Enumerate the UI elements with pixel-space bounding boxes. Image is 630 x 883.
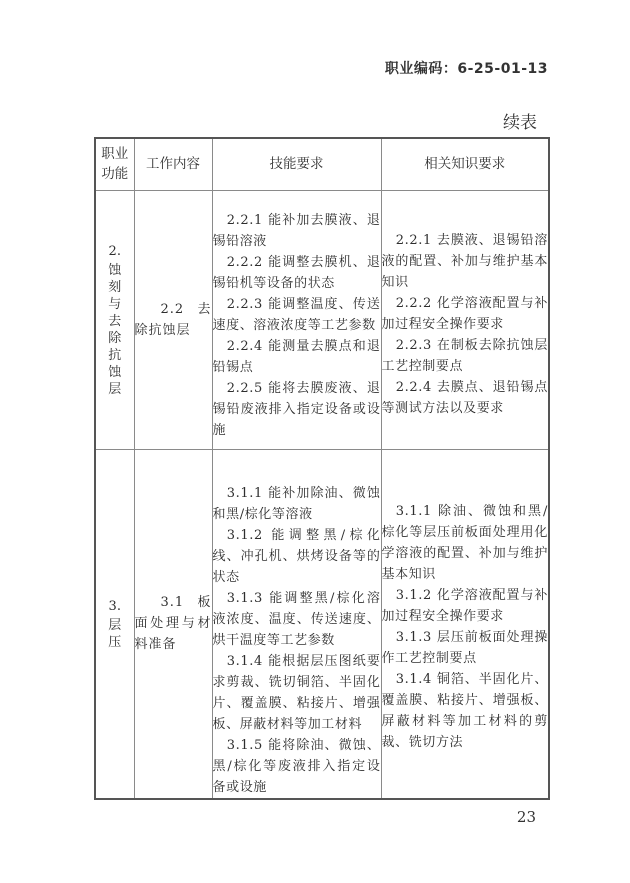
table-row-section-3: 3. 层压 3.1 板面处理与材料准备 3.1.1 能补加除油、微蚀和黑/棕化等… — [95, 449, 549, 799]
occupational-standard-table: 职业功能 工作内容 技能要求 相关知识要求 2. 蚀刻与去除抗蚀层 2.2 去除… — [94, 137, 550, 800]
knowledge-item: 2.2.3 在制板去除抗蚀层工艺控制要点 — [382, 335, 549, 377]
knowledge-item: 3.1.4 铜箔、半固化片、覆盖膜、粘接片、增强板、屏蔽材料等加工材料的剪裁、铣… — [382, 669, 549, 753]
function-name: 蚀刻与去除抗蚀层 — [108, 262, 122, 398]
skill-item: 3.1.4 能根据层压图纸要求剪裁、铣切铜箔、半固化片、覆盖膜、粘接片、增强板、… — [213, 651, 381, 735]
knowledge-item: 3.1.1 除油、微蚀和黑/棕化等层压前板面处理用化学溶液的配置、补加与维护基本… — [382, 501, 549, 585]
column-header-function-label: 职业功能 — [101, 144, 129, 184]
table-header-row: 职业功能 工作内容 技能要求 相关知识要求 — [95, 138, 549, 190]
skill-item: 3.1.1 能补加除油、微蚀和黑/棕化等溶液 — [213, 483, 381, 525]
skill-item: 2.2.3 能调整温度、传送速度、溶液浓度等工艺参数 — [213, 294, 381, 336]
work-content-cell: 2.2 去除抗蚀层 — [134, 190, 212, 449]
knowledge-item: 3.1.2 化学溶液配置与补加过程安全操作要求 — [382, 585, 549, 627]
skills-cell: 3.1.1 能补加除油、微蚀和黑/棕化等溶液 3.1.2 能调整黑/棕化线、冲孔… — [212, 449, 381, 799]
skills-cell: 2.2.1 能补加去膜液、退锡铅溶液 2.2.2 能调整去膜机、退锡铅机等设备的… — [212, 190, 381, 449]
column-header-skills: 技能要求 — [212, 138, 381, 190]
skill-item: 2.2.5 能将去膜废液、退锡铅废液排入指定设备或设施 — [213, 378, 381, 441]
function-cell: 3. 层压 — [95, 449, 134, 799]
work-content-cell: 3.1 板面处理与材料准备 — [134, 449, 212, 799]
knowledge-cell: 2.2.1 去膜液、退锡铅溶液的配置、补加与维护基本知识 2.2.2 化学溶液配… — [381, 190, 549, 449]
function-number: 3. — [96, 596, 134, 617]
function-name: 层压 — [108, 617, 122, 651]
skill-item: 3.1.3 能调整黑/棕化溶液浓度、温度、传送速度、烘干温度等工艺参数 — [213, 588, 381, 651]
knowledge-item: 2.2.1 去膜液、退锡铅溶液的配置、补加与维护基本知识 — [382, 230, 549, 293]
column-header-knowledge: 相关知识要求 — [381, 138, 549, 190]
column-header-function: 职业功能 — [95, 138, 134, 190]
knowledge-item: 2.2.4 去膜点、退铅锡点等测试方法以及要求 — [382, 377, 549, 419]
function-number: 2. — [96, 241, 134, 262]
skill-item: 2.2.1 能补加去膜液、退锡铅溶液 — [213, 210, 381, 252]
table-row-section-2: 2. 蚀刻与去除抗蚀层 2.2 去除抗蚀层 2.2.1 能补加去膜液、退锡铅溶液… — [95, 190, 549, 449]
function-cell: 2. 蚀刻与去除抗蚀层 — [95, 190, 134, 449]
skill-item: 3.1.2 能调整黑/棕化线、冲孔机、烘烤设备等的状态 — [213, 525, 381, 588]
knowledge-cell: 3.1.1 除油、微蚀和黑/棕化等层压前板面处理用化学溶液的配置、补加与维护基本… — [381, 449, 549, 799]
knowledge-item: 3.1.3 层压前板面处理操作工艺控制要点 — [382, 627, 549, 669]
page-number: 23 — [517, 808, 536, 826]
skill-item: 2.2.2 能调整去膜机、退锡铅机等设备的状态 — [213, 252, 381, 294]
continued-table-label: 续表 — [503, 108, 537, 133]
occupation-code: 职业编码：6-25-01-13 — [385, 58, 548, 78]
skill-item: 3.1.5 能将除油、微蚀、黑/棕化等废液排入指定设备或设施 — [213, 735, 381, 798]
column-header-work-content: 工作内容 — [134, 138, 212, 190]
knowledge-item: 2.2.2 化学溶液配置与补加过程安全操作要求 — [382, 293, 549, 335]
skill-item: 2.2.4 能测量去膜点和退铅锡点 — [213, 336, 381, 378]
